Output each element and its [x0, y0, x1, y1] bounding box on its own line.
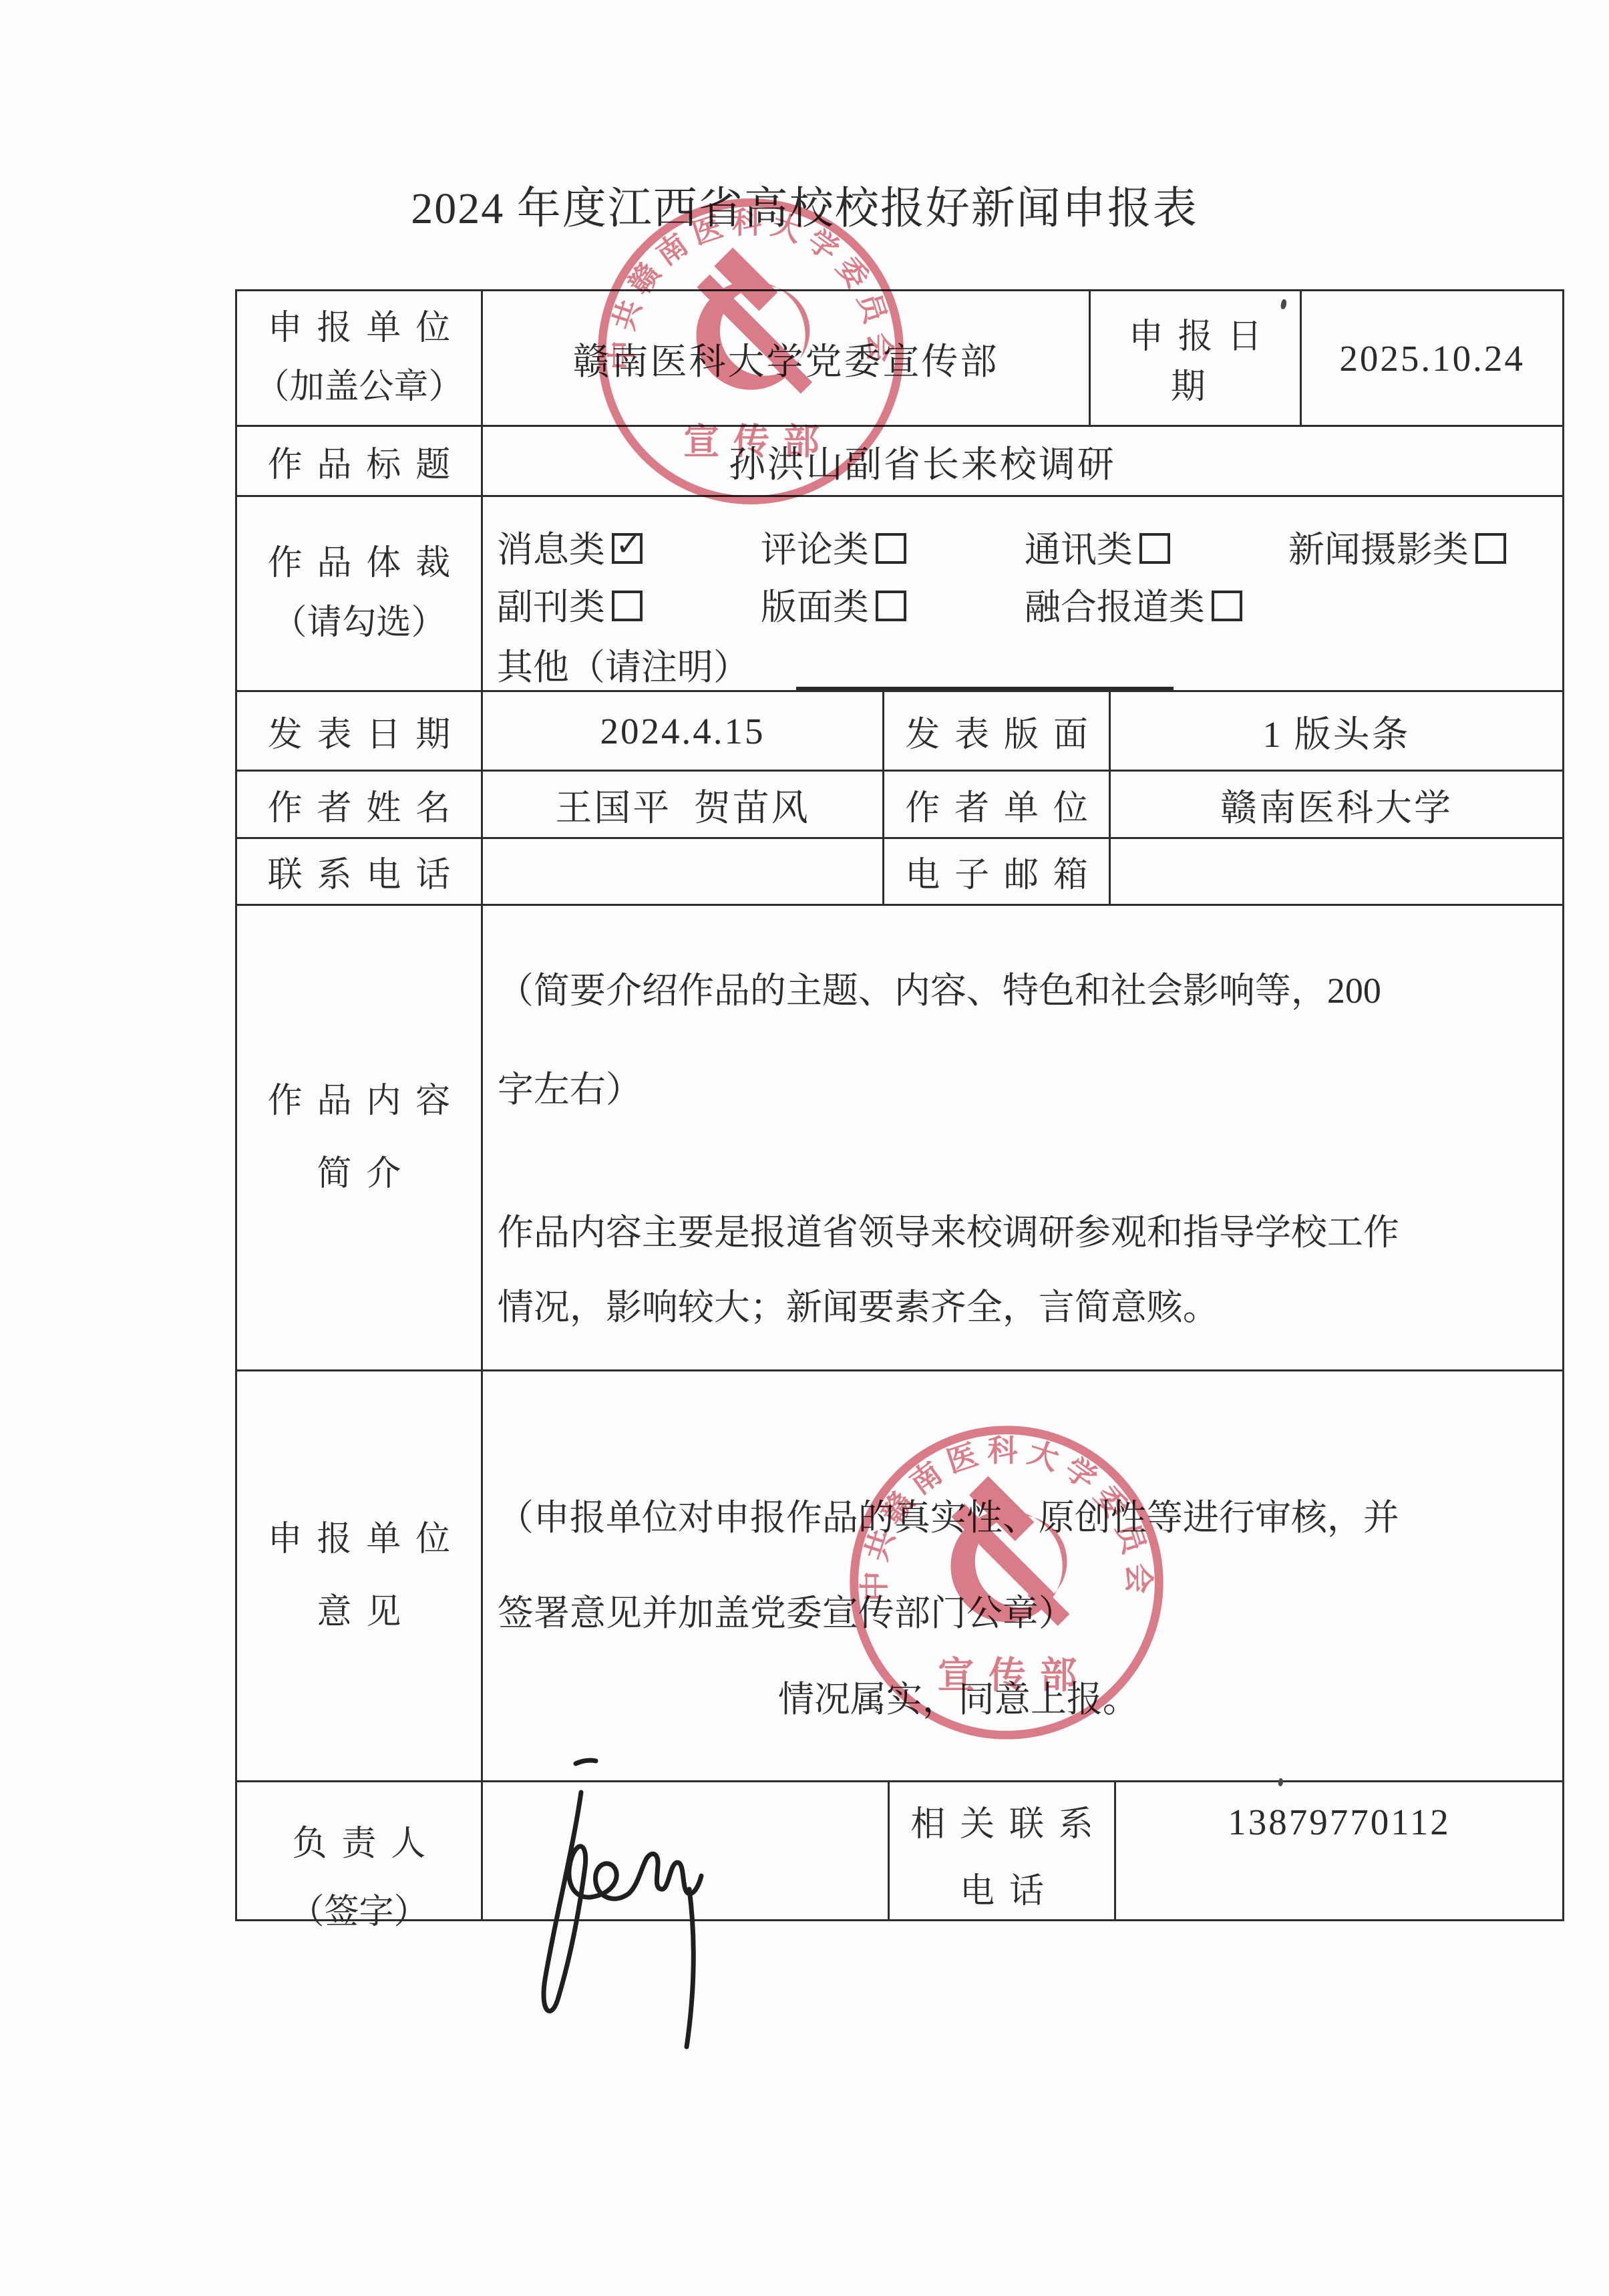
publish-page-label: 发表版面	[884, 692, 1111, 770]
contact-phone-value	[483, 839, 884, 904]
related-contact-label-line1: 相关联系	[896, 1792, 1107, 1858]
related-contact-label: 相关联系 电话	[890, 1782, 1116, 1919]
publish-date-label: 发表日期	[237, 692, 483, 770]
summary-label-line1: 作品内容	[253, 1065, 465, 1138]
related-contact-label-line2: 电话	[945, 1858, 1059, 1925]
genre-option-news-label: 消息类	[497, 521, 605, 572]
checkbox-communication	[1139, 533, 1170, 564]
author-name-label: 作者姓名	[237, 772, 483, 837]
contact-phone-label-text: 联系电话	[253, 846, 465, 896]
opinion-label: 申报单位 意见	[237, 1371, 483, 1780]
contact-email-label: 电子邮箱	[884, 839, 1111, 904]
genre-option-converged-label: 融合报道类	[1025, 579, 1205, 630]
genre-option-supplement-label: 副刊类	[497, 579, 605, 630]
genre-other-line: 其他（请注明）	[497, 633, 1174, 690]
row-summary: 作品内容 简介 （简要介绍作品的主题、内容、特色和社会影响等，200字左右） 作…	[237, 906, 1562, 1371]
genre-option-converged: 融合报道类	[1025, 579, 1372, 630]
genre-label-line2: （请勾选）	[272, 594, 445, 653]
checkbox-layout	[876, 591, 906, 621]
contact-phone-label: 联系电话	[237, 839, 483, 904]
genre-options-line1: 消息类 ✓ 评论类 通讯类 新闻摄影类	[497, 518, 1552, 576]
opinion-label-line1: 申报单位	[253, 1503, 465, 1576]
row-signer: 负责人 （签字） 相关联系 电话 13879770112	[237, 1782, 1562, 1919]
genre-option-communication-label: 通讯类	[1025, 521, 1133, 572]
author-name-label-text: 作者姓名	[253, 780, 465, 830]
genre-option-layout-label: 版面类	[761, 579, 869, 630]
genre-option-comment-label: 评论类	[761, 521, 869, 572]
author-name-value: 王国平 贺苗风	[483, 772, 884, 837]
genre-label-line1: 作品体裁	[253, 534, 465, 593]
declaring-unit-value: 赣南医科大学党委宣传部	[483, 291, 1091, 425]
author-unit-label: 作者单位	[884, 772, 1111, 837]
checkbox-news-checked: ✓	[612, 533, 643, 564]
declare-date-label-text: 申报日期	[1091, 308, 1300, 408]
declare-date-value-text: 2025.10.24	[1339, 337, 1525, 379]
publish-date-label-text: 发表日期	[253, 706, 465, 756]
declaring-unit-label-line2: （加盖公章）	[254, 358, 463, 417]
signer-label: 负责人 （签字）	[237, 1782, 483, 1919]
row-opinion: 申报单位 意见 （申报单位对申报作品的真实性、原创性等进行审核，并签署意见并加盖…	[237, 1371, 1562, 1782]
genre-options-line2: 副刊类 版面类 融合报道类	[497, 576, 1372, 633]
signer-label-line1: 负责人	[278, 1810, 440, 1878]
publish-page-label-text: 发表版面	[890, 706, 1102, 756]
genre-option-comment: 评论类	[761, 521, 1025, 572]
page-title: 2024 年度江西省高校校报好新闻申报表	[0, 172, 1609, 236]
author-name-value-text: 王国平 贺苗风	[555, 778, 810, 831]
checkbox-supplement	[612, 591, 643, 621]
publish-page-value-text: 1 版头条	[1262, 705, 1410, 758]
work-title-value: 孙洪山副省长来校调研	[483, 427, 1562, 495]
genre-option-news: 消息类 ✓	[497, 521, 761, 572]
contact-email-value	[1111, 839, 1562, 904]
row-authors: 作者姓名 王国平 贺苗风 作者单位 赣南医科大学	[237, 772, 1562, 839]
row-publish: 发表日期 2024.4.15 发表版面 1 版头条	[237, 692, 1562, 772]
declaring-unit-value-text: 赣南医科大学党委宣传部	[573, 332, 999, 385]
application-form-table: 申报单位 （加盖公章） 赣南医科大学党委宣传部 申报日期 2025.10.24 …	[235, 289, 1564, 1921]
work-title-label-text: 作品标题	[253, 436, 465, 486]
checkbox-comment	[876, 533, 906, 564]
genre-option-supplement: 副刊类	[497, 579, 761, 630]
opinion-hint-text: （申报单位对申报作品的真实性、原创性等进行审核，并签署意见并加盖党委宣传部门公章…	[498, 1470, 1405, 1661]
summary-hint-text: （简要介绍作品的主题、内容、特色和社会影响等，200字左右）	[498, 941, 1405, 1139]
contact-email-label-text: 电子邮箱	[890, 846, 1102, 896]
work-title-value-text: 孙洪山副省长来校调研	[729, 435, 1116, 488]
declare-date-label: 申报日期	[1091, 291, 1302, 425]
summary-body-text: 作品内容主要是报道省领导来校调研参观和指导学校工作情况，影响较大；新闻要素齐全，…	[498, 1195, 1405, 1345]
genre-other-blank-line	[796, 647, 1174, 690]
declaring-unit-label-line1: 申报单位	[253, 299, 465, 358]
signer-label-line2: （签字）	[289, 1878, 428, 1947]
related-contact-value-text: 13879770112	[1228, 1801, 1450, 1843]
declare-date-value: 2025.10.24	[1302, 291, 1562, 425]
opinion-content: （申报单位对申报作品的真实性、原创性等进行审核，并签署意见并加盖党委宣传部门公章…	[483, 1371, 1562, 1780]
genre-label: 作品体裁 （请勾选）	[237, 497, 483, 690]
genre-option-layout: 版面类	[761, 579, 1025, 630]
opinion-comment-text: 情况属实，同意上报。	[498, 1679, 1419, 1719]
author-unit-label-text: 作者单位	[890, 780, 1102, 830]
author-unit-value-text: 赣南医科大学	[1220, 778, 1453, 831]
declaring-unit-label: 申报单位 （加盖公章）	[237, 291, 483, 425]
publish-date-value-text: 2024.4.15	[600, 710, 765, 752]
genre-other-label: 其他（请注明）	[497, 639, 749, 690]
publish-page-value: 1 版头条	[1111, 692, 1562, 770]
row-contact: 联系电话 电子邮箱	[237, 839, 1562, 906]
row-genre: 作品体裁 （请勾选） 消息类 ✓ 评论类 通讯类 新闻摄影类	[237, 497, 1562, 692]
row-declaring-unit: 申报单位 （加盖公章） 赣南医科大学党委宣传部 申报日期 2025.10.24	[237, 291, 1562, 427]
summary-label-line2: 简介	[303, 1138, 416, 1210]
publish-date-value: 2024.4.15	[483, 692, 884, 770]
summary-label: 作品内容 简介	[237, 906, 483, 1369]
opinion-label-line2: 意见	[303, 1576, 416, 1649]
summary-content: （简要介绍作品的主题、内容、特色和社会影响等，200字左右） 作品内容主要是报道…	[483, 906, 1562, 1369]
genre-option-communication: 通讯类	[1025, 521, 1288, 572]
genre-option-photo-label: 新闻摄影类	[1288, 521, 1469, 572]
check-mark-icon: ✓	[616, 529, 642, 560]
author-unit-value: 赣南医科大学	[1111, 772, 1562, 837]
signature-cell	[483, 1782, 890, 1919]
related-contact-value: 13879770112	[1116, 1782, 1562, 1919]
genre-options: 消息类 ✓ 评论类 通讯类 新闻摄影类 副刊类	[483, 497, 1562, 690]
row-work-title: 作品标题 孙洪山副省长来校调研	[237, 427, 1562, 497]
checkbox-converged	[1212, 591, 1242, 621]
genre-option-photo: 新闻摄影类	[1288, 521, 1552, 572]
checkbox-photo	[1475, 533, 1506, 564]
work-title-label: 作品标题	[237, 427, 483, 495]
